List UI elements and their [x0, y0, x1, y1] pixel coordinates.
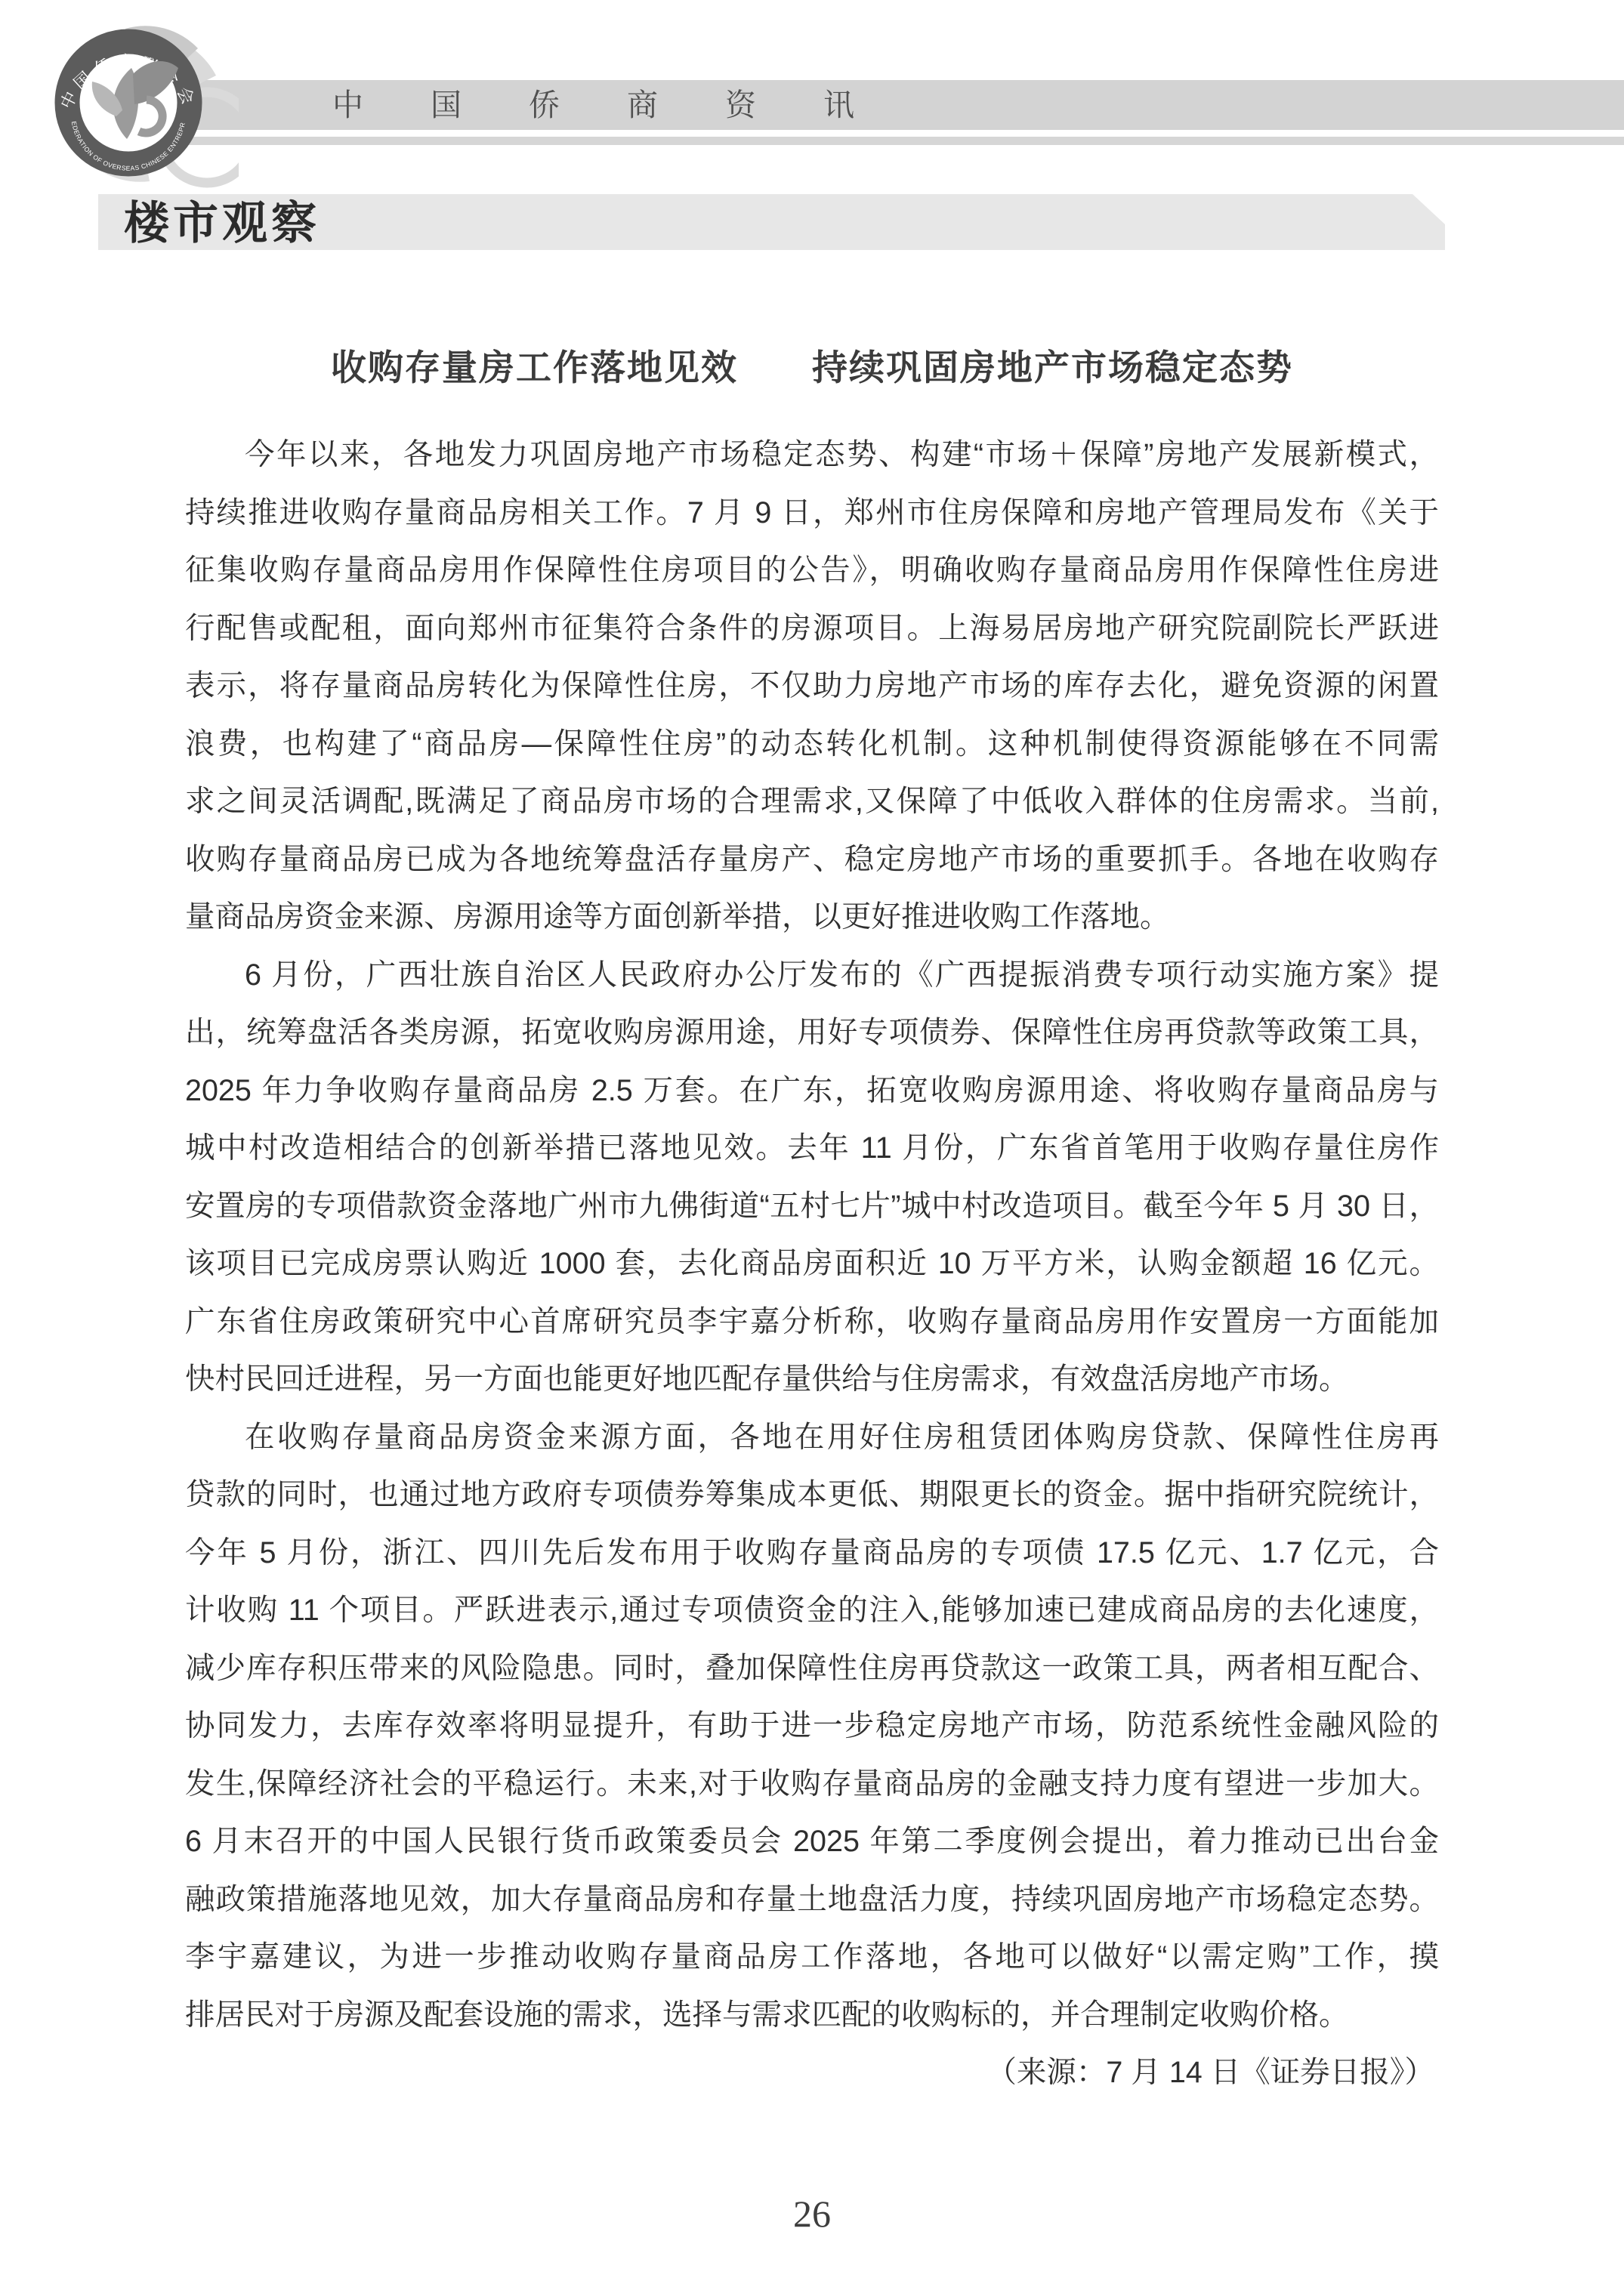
- article-line: 2025 年力争收购存量商品房 2.5 万套。在广东，拓宽收购房源用途、将收购存…: [185, 1062, 1439, 1120]
- article-line: 贷款的同时，也通过地方政府专项债券筹集成本更低、期限更长的资金。据中指研究院统计…: [185, 1466, 1439, 1524]
- article-line: 出，统筹盘活各类房源，拓宽收购房源用途，用好专项债券、保障性住房再贷款等政策工具…: [185, 1004, 1439, 1062]
- article-line: 排居民对于房源及配套设施的需求，选择与需求匹配的收购标的，并合理制定收购价格。: [185, 1986, 1439, 2045]
- masthead-title: 中国侨商资讯: [332, 80, 922, 130]
- article-line: 收购存量商品房已成为各地统筹盘活存量房产、稳定房地产市场的重要抓手。各地在收购存: [185, 831, 1439, 889]
- page: 中国侨商资讯 中国侨商联合会 CHINA FEDERATION OF OVERS…: [0, 0, 1624, 2293]
- article-line: 持续推进收购存量商品房相关工作。7 月 9 日，郑州市住房保障和房地产管理局发布…: [185, 484, 1439, 542]
- article-line: 融政策措施落地见效，加大存量商品房和存量土地盘活力度，持续巩固房地产市场稳定态势…: [185, 1871, 1439, 1929]
- article-line: 安置房的专项借款资金落地广州市九佛街道“五村七片”城中村改造项目。截至今年 5 …: [185, 1177, 1439, 1236]
- page-number: 26: [0, 2192, 1624, 2236]
- article-line: 今年 5 月份，浙江、四川先后发布用于收购存量商品房的专项债 17.5 亿元、1…: [185, 1524, 1439, 1582]
- article-line: 6 月份，广西壮族自治区人民政府办公厅发布的《广西提振消费专项行动实施方案》提: [185, 946, 1439, 1005]
- article-line: 在收购存量商品房资金来源方面，各地在用好住房租赁团体购房贷款、保障性住房再: [185, 1409, 1439, 1467]
- article-line: 今年以来，各地发力巩固房地产市场稳定态势、构建“市场＋保障”房地产发展新模式，: [185, 426, 1439, 484]
- article-line: 李宇嘉建议，为进一步推动收购存量商品房工作落地，各地可以做好“以需定购”工作，摸: [185, 1928, 1439, 1986]
- article-line: 快村民回迁进程，另一方面也能更好地匹配存量供给与住房需求，有效盘活房地产市场。: [185, 1350, 1439, 1409]
- article-line: 协同发力，去库存效率将明显提升，有助于进一步稳定房地产市场，防范系统性金融风险的: [185, 1697, 1439, 1755]
- article-body: 今年以来，各地发力巩固房地产市场稳定态势、构建“市场＋保障”房地产发展新模式，持…: [185, 426, 1439, 2102]
- section-title: 楼市观察: [124, 194, 320, 250]
- article-line: 量商品房资金来源、房源用途等方面创新举措，以更好推进收购工作落地。: [185, 888, 1439, 946]
- article-line: 广东省住房政策研究中心首席研究员李宇嘉分析称，收购存量商品房用作安置房一方面能加: [185, 1293, 1439, 1351]
- article-line: 计收购 11 个项目。严跃进表示,通过专项债资金的注入,能够加速已建成商品房的去…: [185, 1582, 1439, 1640]
- masthead-bar: 中国侨商资讯: [106, 80, 1624, 130]
- source-line: （来源：7 月 14 日《证券日报》）: [185, 2044, 1439, 2102]
- article-line: 6 月末召开的中国人民银行货币政策委员会 2025 年第二季度例会提出，着力推动…: [185, 1813, 1439, 1871]
- article-line: 城中村改造相结合的创新举措已落地见效。去年 11 月份，广东省首笔用于收购存量住…: [185, 1119, 1439, 1177]
- article-title: 收购存量房工作落地见效 持续巩固房地产市场稳定态势: [185, 340, 1439, 390]
- article-line: 浪费，也构建了“商品房—保障性住房”的动态转化机制。这种机制使得资源能够在不同需: [185, 715, 1439, 773]
- article-line: 表示，将存量商品房转化为保障性住房，不仅助力房地产市场的库存去化，避免资源的闲置: [185, 657, 1439, 715]
- article-line: 征集收购存量商品房用作保障性住房项目的公告》，明确收购存量商品房用作保障性住房进: [185, 542, 1439, 600]
- masthead-underline: [106, 137, 1624, 145]
- section-title-bar: 楼市观察: [98, 194, 1445, 250]
- article-line: 行配售或配租，面向郑州市征集符合条件的房源项目。上海易居房地产研究院副院长严跃进: [185, 600, 1439, 658]
- article-line: 发生,保障经济社会的平稳运行。未来,对于收购存量商品房的金融支持力度有望进一步加…: [185, 1755, 1439, 1813]
- article-line: 该项目已完成房票认购近 1000 套，去化商品房面积近 10 万平方米，认购金额…: [185, 1235, 1439, 1293]
- article-line: 减少库存积压带来的风险隐患。同时，叠加保障性住房再贷款这一政策工具，两者相互配合…: [185, 1640, 1439, 1698]
- federation-logo-icon: 中国侨商联合会 CHINA FEDERATION OF OVERSEAS CHI…: [36, 3, 239, 201]
- article-line: 求之间灵活调配,既满足了商品房市场的合理需求,又保障了中低收入群体的住房需求。当…: [185, 773, 1439, 831]
